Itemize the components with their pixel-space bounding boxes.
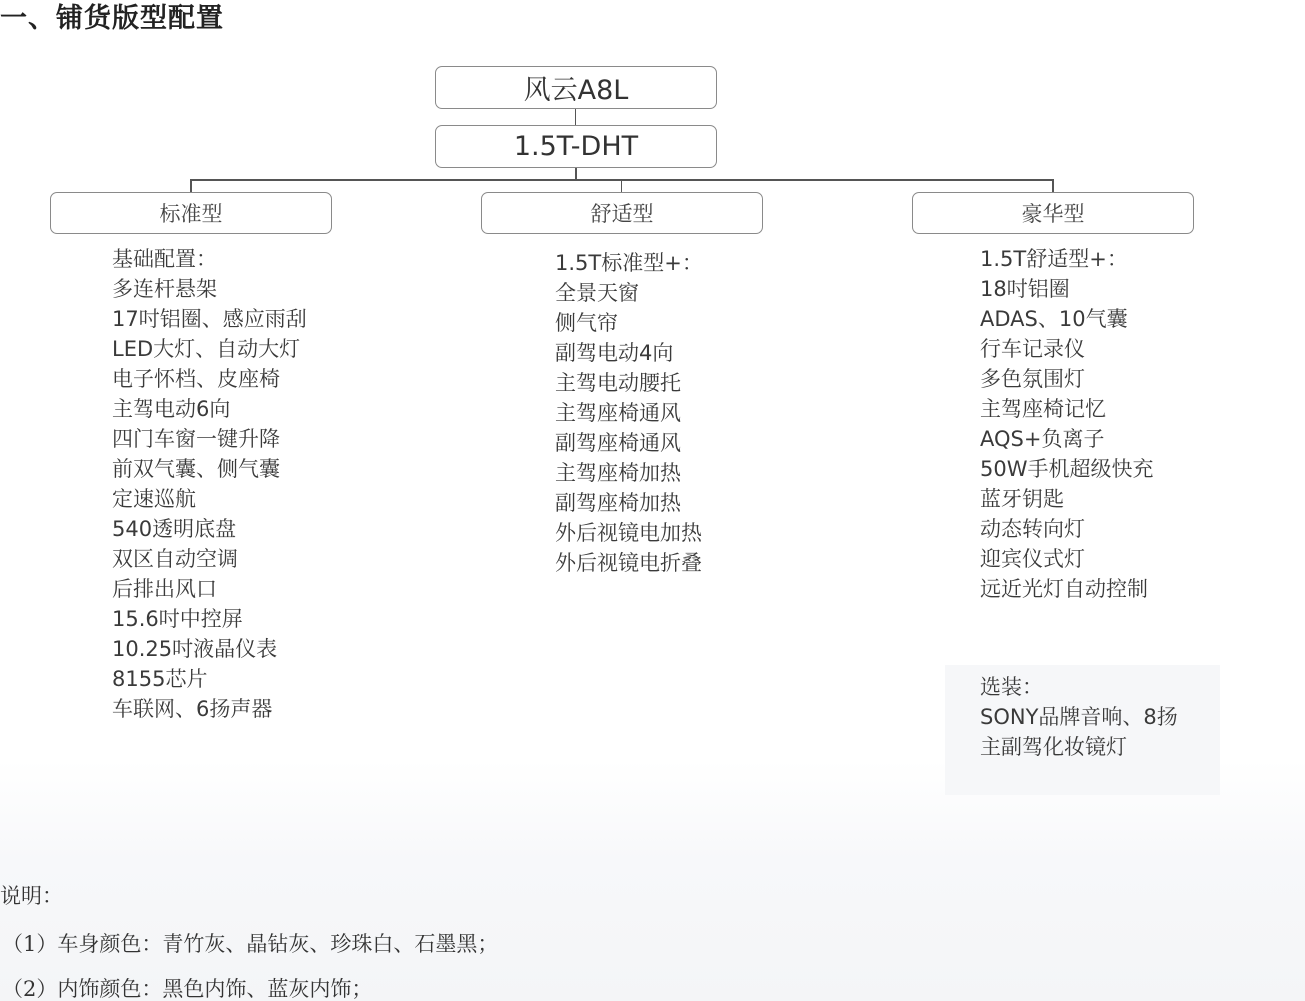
feature-item: 副驾电动4向 (555, 338, 703, 368)
feature-item: 540透明底盘 (112, 514, 307, 544)
feature-item: LED大灯、自动大灯 (112, 334, 307, 364)
feature-item: 四门车窗一键升降 (112, 424, 307, 454)
feature-item: 外后视镜电折叠 (555, 548, 703, 578)
feature-item: 主驾电动腰托 (555, 368, 703, 398)
feature-item: 主驾座椅通风 (555, 398, 703, 428)
feature-item: 行车记录仪 (980, 334, 1154, 364)
connector-luxury (1052, 179, 1054, 193)
feature-item: 全景天窗 (555, 278, 703, 308)
tier-box-comfort: 舒适型 (481, 192, 763, 234)
tier-name: 舒适型 (591, 198, 654, 228)
feature-item: 定速巡航 (112, 484, 307, 514)
tier-name: 豪华型 (1022, 198, 1085, 228)
powertrain-box: 1.5T-DHT (435, 125, 717, 168)
notes-item: （2）内饰颜色：黑色内饰、蓝灰内饰； (2, 973, 372, 1001)
feature-item: 17吋铝圈、感应雨刮 (112, 304, 307, 334)
optional-label: 选装： (980, 672, 1178, 702)
feature-list-comfort: 1.5T标准型+： 全景天窗 侧气帘 副驾电动4向 主驾电动腰托 主驾座椅通风 … (555, 248, 703, 578)
feature-item: 侧气帘 (555, 308, 703, 338)
feature-item: 蓝牙钥匙 (980, 484, 1154, 514)
feature-item: 多连杆悬架 (112, 274, 307, 304)
connector-horizontal (190, 179, 1054, 181)
feature-item: AQS+负离子 (980, 424, 1154, 454)
feature-item: 1.5T标准型+： (555, 248, 703, 278)
feature-item: 迎宾仪式灯 (980, 544, 1154, 574)
feature-item: ADAS、10气囊 (980, 304, 1154, 334)
feature-item: 车联网、6扬声器 (112, 694, 307, 724)
optional-item: 主副驾化妆镜灯 (980, 732, 1178, 762)
feature-item: 双区自动空调 (112, 544, 307, 574)
feature-item: 外后视镜电加热 (555, 518, 703, 548)
optional-list-luxury: 选装： SONY品牌音响、8扬 主副驾化妆镜灯 (980, 672, 1178, 762)
tier-box-standard: 标准型 (50, 192, 332, 234)
connector-standard (190, 179, 192, 193)
feature-item: 50W手机超级快充 (980, 454, 1154, 484)
feature-item: 远近光灯自动控制 (980, 574, 1154, 604)
tier-name: 标准型 (160, 198, 223, 228)
feature-list-standard: 基础配置： 多连杆悬架 17吋铝圈、感应雨刮 LED大灯、自动大灯 电子怀档、皮… (112, 244, 307, 724)
model-name: 风云A8L (524, 68, 629, 107)
optional-item: SONY品牌音响、8扬 (980, 702, 1178, 732)
notes-heading: 说明： (0, 880, 63, 910)
section-title: 一、铺货版型配置 (0, 0, 224, 35)
feature-item: 1.5T舒适型+： (980, 244, 1154, 274)
feature-item: 主驾座椅记忆 (980, 394, 1154, 424)
feature-item: 15.6吋中控屏 (112, 604, 307, 634)
connector-model-powertrain (575, 108, 576, 126)
feature-item: 主驾电动6向 (112, 394, 307, 424)
feature-item: 8155芯片 (112, 664, 307, 694)
feature-item: 副驾座椅加热 (555, 488, 703, 518)
feature-item: 基础配置： (112, 244, 307, 274)
feature-list-luxury: 1.5T舒适型+： 18吋铝圈 ADAS、10气囊 行车记录仪 多色氛围灯 主驾… (980, 244, 1154, 604)
feature-item: 10.25吋液晶仪表 (112, 634, 307, 664)
feature-item: 副驾座椅通风 (555, 428, 703, 458)
powertrain-name: 1.5T-DHT (514, 131, 638, 162)
feature-item: 主驾座椅加热 (555, 458, 703, 488)
feature-item: 后排出风口 (112, 574, 307, 604)
feature-item: 18吋铝圈 (980, 274, 1154, 304)
model-box: 风云A8L (435, 66, 717, 109)
notes-item: （1）车身颜色：青竹灰、晶钻灰、珍珠白、石墨黑； (2, 928, 498, 958)
tier-box-luxury: 豪华型 (912, 192, 1194, 234)
feature-item: 前双气囊、侧气囊 (112, 454, 307, 484)
feature-item: 动态转向灯 (980, 514, 1154, 544)
feature-item: 电子怀档、皮座椅 (112, 364, 307, 394)
feature-item: 多色氛围灯 (980, 364, 1154, 394)
